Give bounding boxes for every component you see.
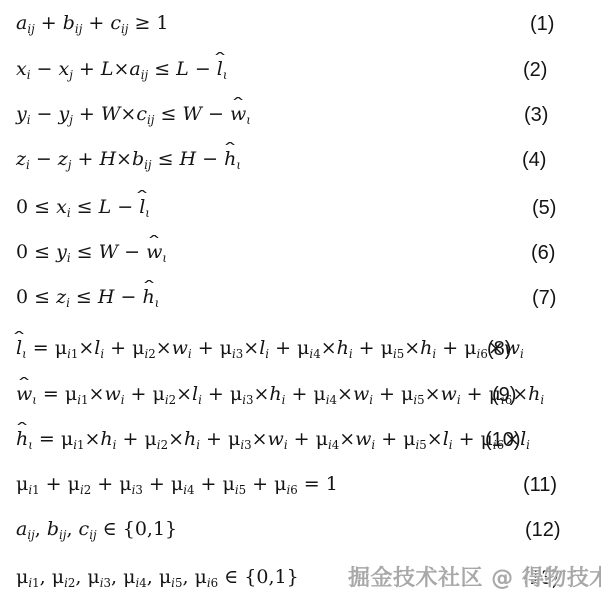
equation-row-7: 0 ≤ zi ≤ H − ˆhι (7) — [0, 286, 601, 309]
equation-number-3: (3) — [524, 103, 548, 127]
equation-1: aij + bij + cij ≥ 1 — [0, 12, 169, 35]
equation-number-2: (2) — [523, 58, 547, 82]
equation-number-11: (11) — [523, 473, 557, 497]
equation-row-10: ˆhι = μi1×hi + μi2×hi + μi3×wi + μi4×wi … — [0, 428, 601, 451]
equation-9: ˆwι = μi1×wi + μi2×li + μi3×hi + μi4×wi … — [0, 383, 544, 406]
equation-3: yi − yj + W×cij ≤ W − ˆwι — [0, 103, 251, 126]
equation-10: ˆhι = μi1×hi + μi2×hi + μi3×wi + μi4×wi … — [0, 428, 530, 451]
equation-row-6: 0 ≤ yi ≤ W − ˆwι (6) — [0, 241, 601, 264]
equation-row-8: ˆlι = μi1×li + μi2×wi + μi3×li + μi4×hi … — [0, 337, 601, 360]
equation-6: 0 ≤ yi ≤ W − ˆwι — [0, 241, 167, 264]
equation-2: xi − xj + L×aij ≤ L − ˆlι — [0, 58, 227, 81]
equation-row-11: μi1 + μi2 + μi3 + μi4 + μi5 + μi6 = 1 (1… — [0, 473, 601, 496]
equation-8: ˆlι = μi1×li + μi2×wi + μi3×li + μi4×hi … — [0, 337, 524, 360]
watermark: 掘金技术社区 @ 得物技术 — [348, 561, 601, 592]
equation-number-5: (5) — [532, 196, 556, 220]
equation-row-1: aij + bij + cij ≥ 1 (1) — [0, 12, 601, 35]
equation-11: μi1 + μi2 + μi3 + μi4 + μi5 + μi6 = 1 — [0, 473, 338, 496]
equation-row-2: xi − xj + L×aij ≤ L − ˆlι (2) — [0, 58, 601, 81]
equation-4: zi − zj + H×bij ≤ H − ˆhι — [0, 148, 241, 171]
equation-number-7: (7) — [532, 286, 556, 310]
equation-7: 0 ≤ zi ≤ H − ˆhι — [0, 286, 159, 309]
equation-number-12: (12) — [525, 518, 561, 542]
equation-number-10: (10) — [485, 428, 521, 452]
equation-number-9: (9) — [492, 383, 516, 407]
equation-row-9: ˆwι = μi1×wi + μi2×li + μi3×hi + μi4×wi … — [0, 383, 601, 406]
equation-number-6: (6) — [531, 241, 555, 265]
equation-number-4: (4) — [522, 148, 546, 172]
equation-5: 0 ≤ xi ≤ L − ˆlι — [0, 196, 150, 219]
equations-page: aij + bij + cij ≥ 1 (1) xi − xj + L×aij … — [0, 0, 601, 608]
equation-number-1: (1) — [530, 12, 554, 36]
equation-12: aij, bij, cij ∈ {0,1} — [0, 518, 177, 541]
equation-number-8: (8) — [487, 337, 511, 361]
equation-row-3: yi − yj + W×cij ≤ W − ˆwι (3) — [0, 103, 601, 126]
equation-row-4: zi − zj + H×bij ≤ H − ˆhι (4) — [0, 148, 601, 171]
equation-row-5: 0 ≤ xi ≤ L − ˆlι (5) — [0, 196, 601, 219]
equation-13: μi1, μi2, μi3, μi4, μi5, μi6 ∈ {0,1} — [0, 566, 299, 589]
equation-row-12: aij, bij, cij ∈ {0,1} (12) — [0, 518, 601, 541]
